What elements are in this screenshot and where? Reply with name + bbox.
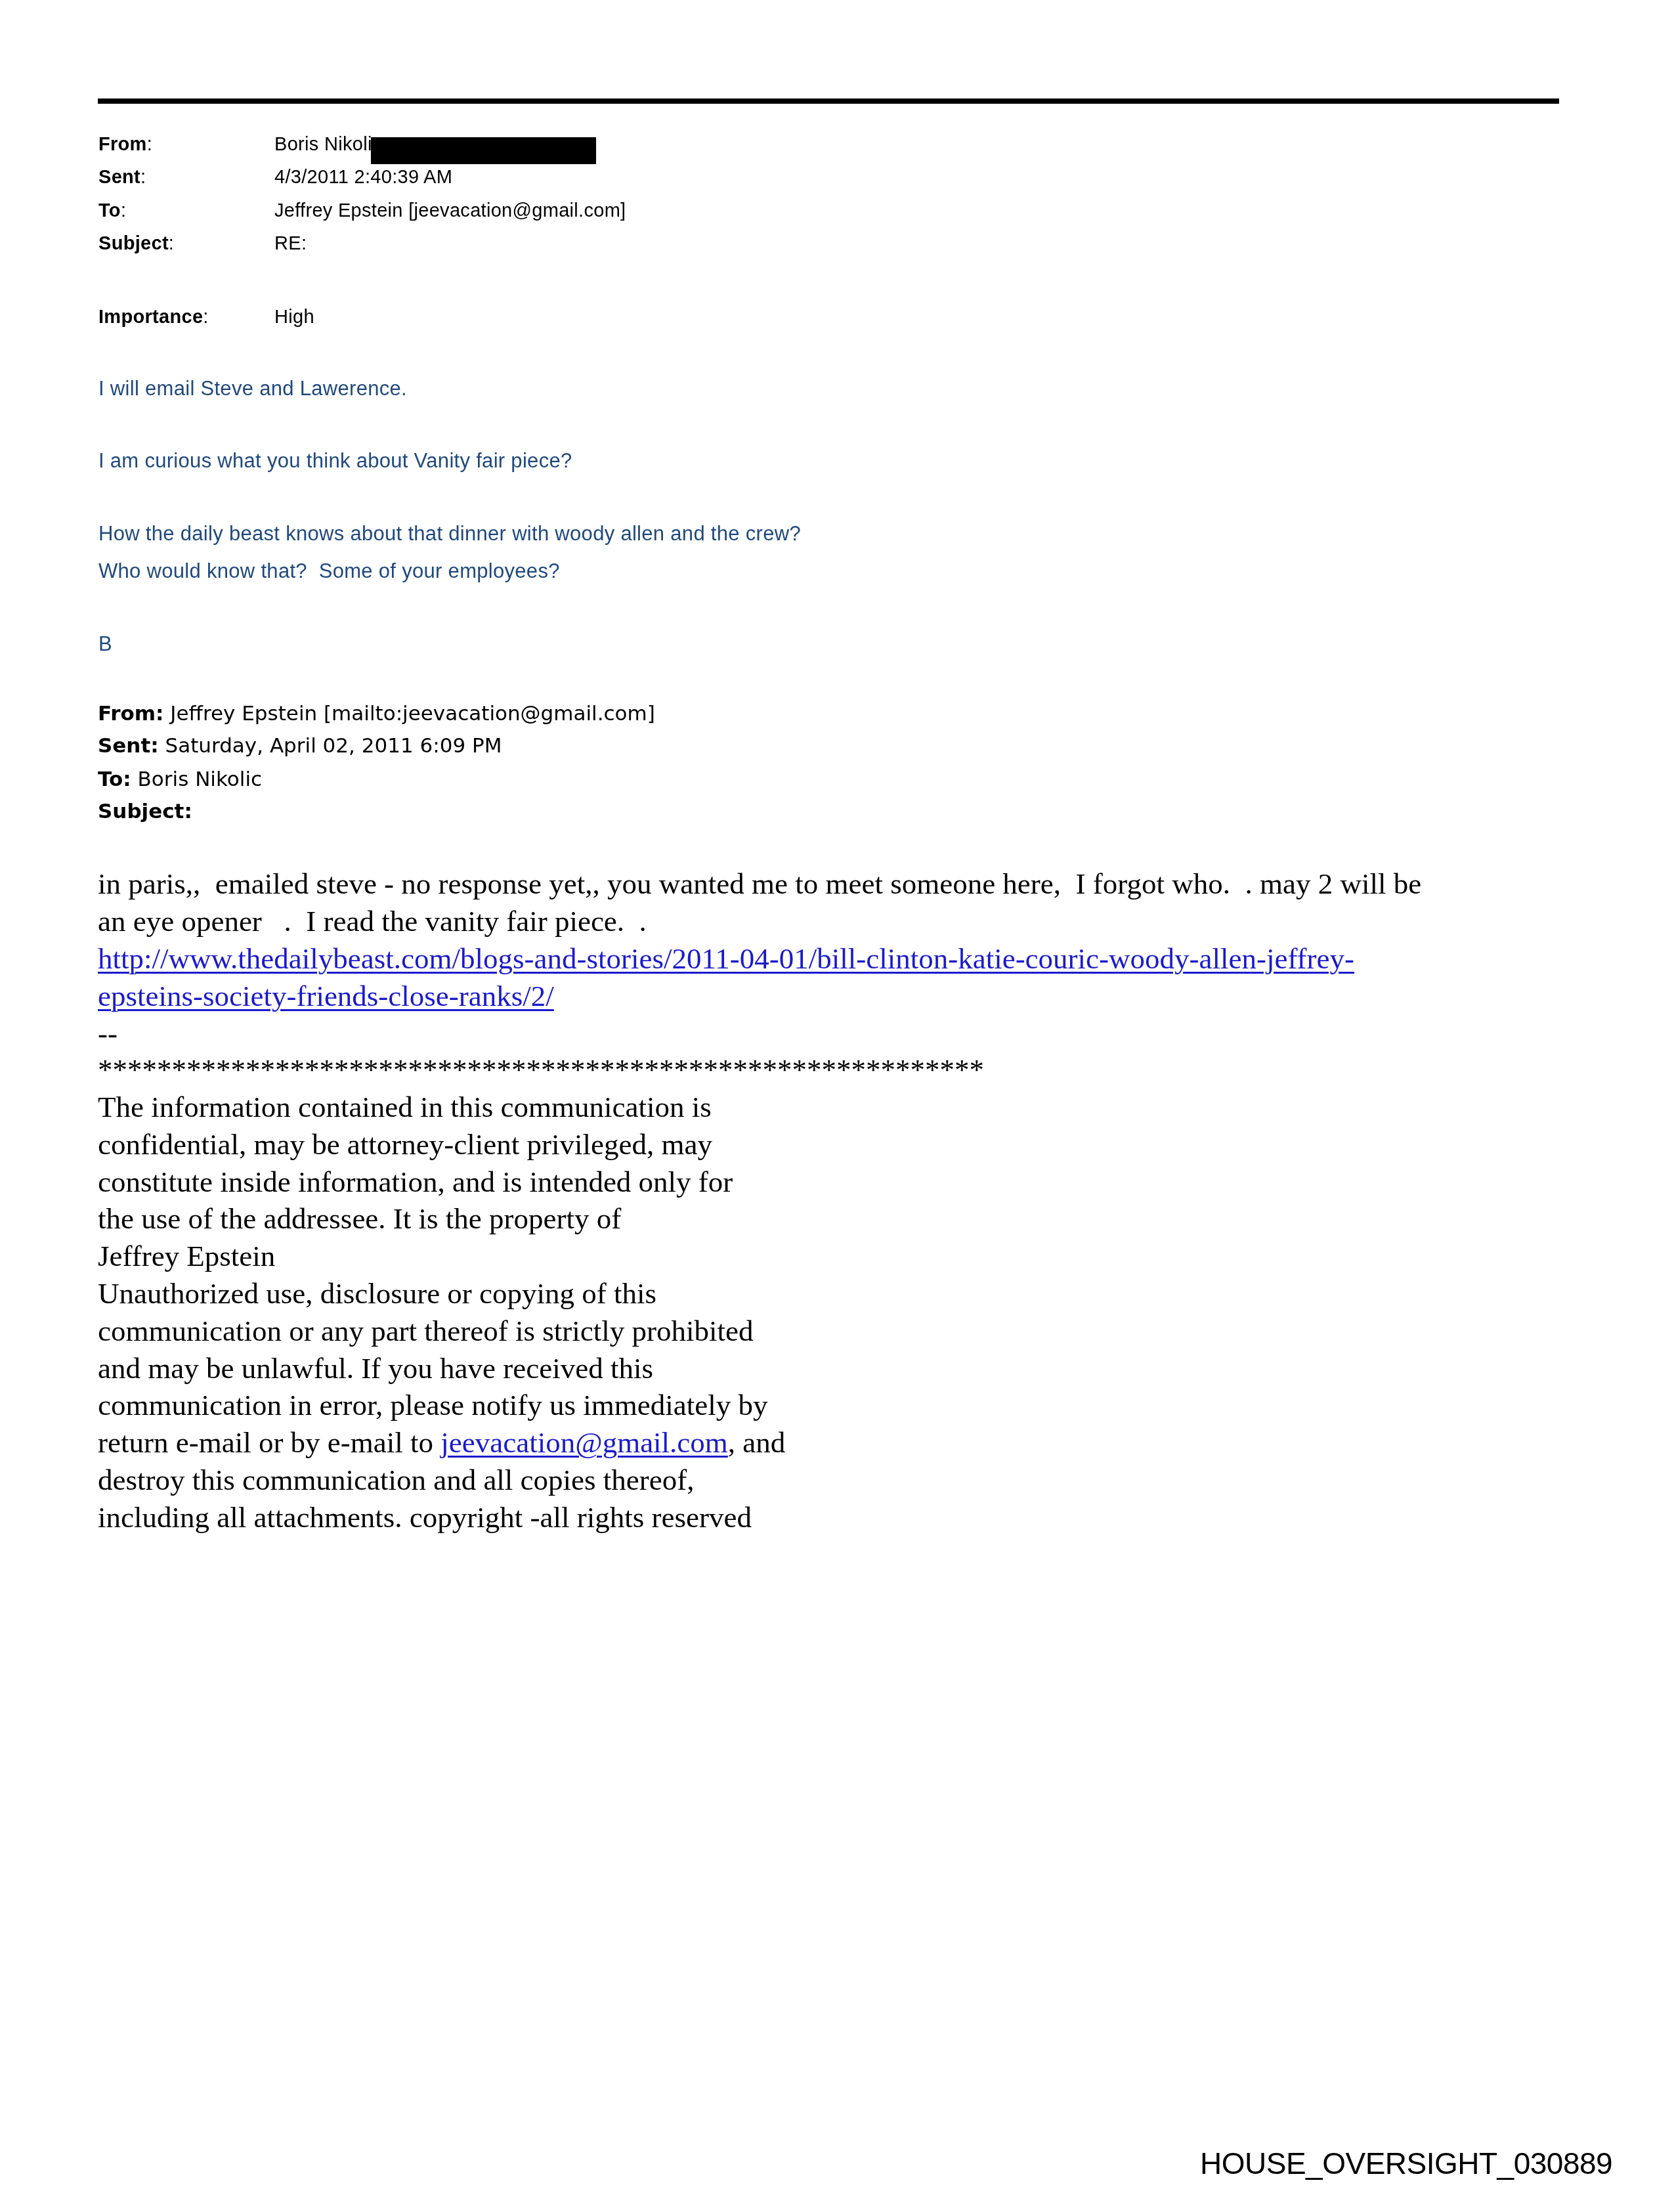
body-line: in paris,, emailed steve - no response y… [98, 869, 1421, 899]
document-page: From: Boris Nikolic Sent: 4/3/2011 2:40:… [0, 0, 1674, 2212]
body-line: an eye opener . I read the vanity fair p… [98, 907, 647, 936]
original-from-label: From: [98, 702, 163, 726]
reply-line: I will email Steve and Lawerence. [98, 378, 407, 399]
disclaimer-line: The information contained in this commun… [98, 1093, 712, 1122]
disclaimer-line: including all attachments. copyright -al… [98, 1503, 752, 1532]
daily-beast-link[interactable]: http://www.thedailybeast.com/blogs-and-s… [98, 944, 1354, 974]
reply-line: Who would know that? Some of your employ… [98, 561, 560, 581]
reply-line: I am curious what you think about Vanity… [98, 450, 572, 471]
asterisk-divider: ****************************************… [98, 1055, 984, 1085]
redaction-box [371, 137, 596, 164]
disclaimer-text: return e-mail or by e-mail to [98, 1426, 440, 1459]
separator: -- [98, 1019, 118, 1049]
sent-label: Sent: [98, 168, 146, 187]
top-rule [98, 98, 1559, 104]
disclaimer-line: destroy this communication and all copie… [98, 1465, 695, 1495]
original-from-value: Jeffrey Epstein [mailto:jeevacation@gmai… [163, 702, 655, 726]
url-line-1[interactable]: http://www.thedailybeast.com/blogs-and-s… [98, 942, 1354, 975]
subject-value: RE: [274, 234, 307, 253]
disclaimer-line: communication in error, please notify us… [98, 1391, 767, 1420]
from-value: Boris Nikolic [274, 135, 381, 154]
original-sent-label: Sent: [98, 734, 159, 758]
reply-signature: B [98, 634, 112, 654]
original-subject-line: Subject: [98, 802, 192, 822]
original-to-label: To: [98, 768, 131, 791]
original-sent-line: Sent: Saturday, April 02, 2011 6:09 PM [98, 736, 502, 756]
original-from-line: From: Jeffrey Epstein [mailto:jeevacatio… [98, 704, 655, 724]
disclaimer-line: Unauthorized use, disclosure or copying … [98, 1279, 656, 1309]
to-label: To: [98, 202, 126, 221]
original-subject-label: Subject: [98, 800, 192, 823]
daily-beast-link-cont[interactable]: epsteins-society-friends-close-ranks/2/ [98, 982, 554, 1011]
disclaimer-line: and may be unlawful. If you have receive… [98, 1354, 653, 1383]
disclaimer-line: communication or any part thereof is str… [98, 1316, 753, 1346]
importance-label: Importance: [98, 308, 209, 327]
email-link[interactable]: jeevacation@gmail.com [440, 1426, 728, 1459]
sent-value: 4/3/2011 2:40:39 AM [274, 168, 452, 187]
original-to-value: Boris Nikolic [131, 768, 262, 791]
to-value: Jeffrey Epstein [jeevacation@gmail.com] [274, 202, 626, 221]
disclaimer-line: confidential, may be attorney-client pri… [98, 1130, 712, 1160]
original-to-line: To: Boris Nikolic [98, 770, 262, 790]
bates-number: HOUSE_OVERSIGHT_030889 [1200, 2146, 1612, 2181]
disclaimer-line: the use of the addressee. It is the prop… [98, 1204, 621, 1234]
original-sent-value: Saturday, April 02, 2011 6:09 PM [159, 734, 502, 758]
disclaimer-line: Jeffrey Epstein [98, 1242, 275, 1271]
from-label: From: [98, 135, 152, 154]
subject-label: Subject: [98, 234, 174, 253]
disclaimer-line: constitute inside information, and is in… [98, 1167, 733, 1197]
reply-line: How the daily beast knows about that din… [98, 523, 801, 544]
disclaimer-email-line: return e-mail or by e-mail to jeevacatio… [98, 1428, 785, 1458]
importance-value: High [274, 308, 314, 327]
disclaimer-text: , and [728, 1426, 785, 1459]
url-line-2[interactable]: epsteins-society-friends-close-ranks/2/ [98, 980, 554, 1012]
